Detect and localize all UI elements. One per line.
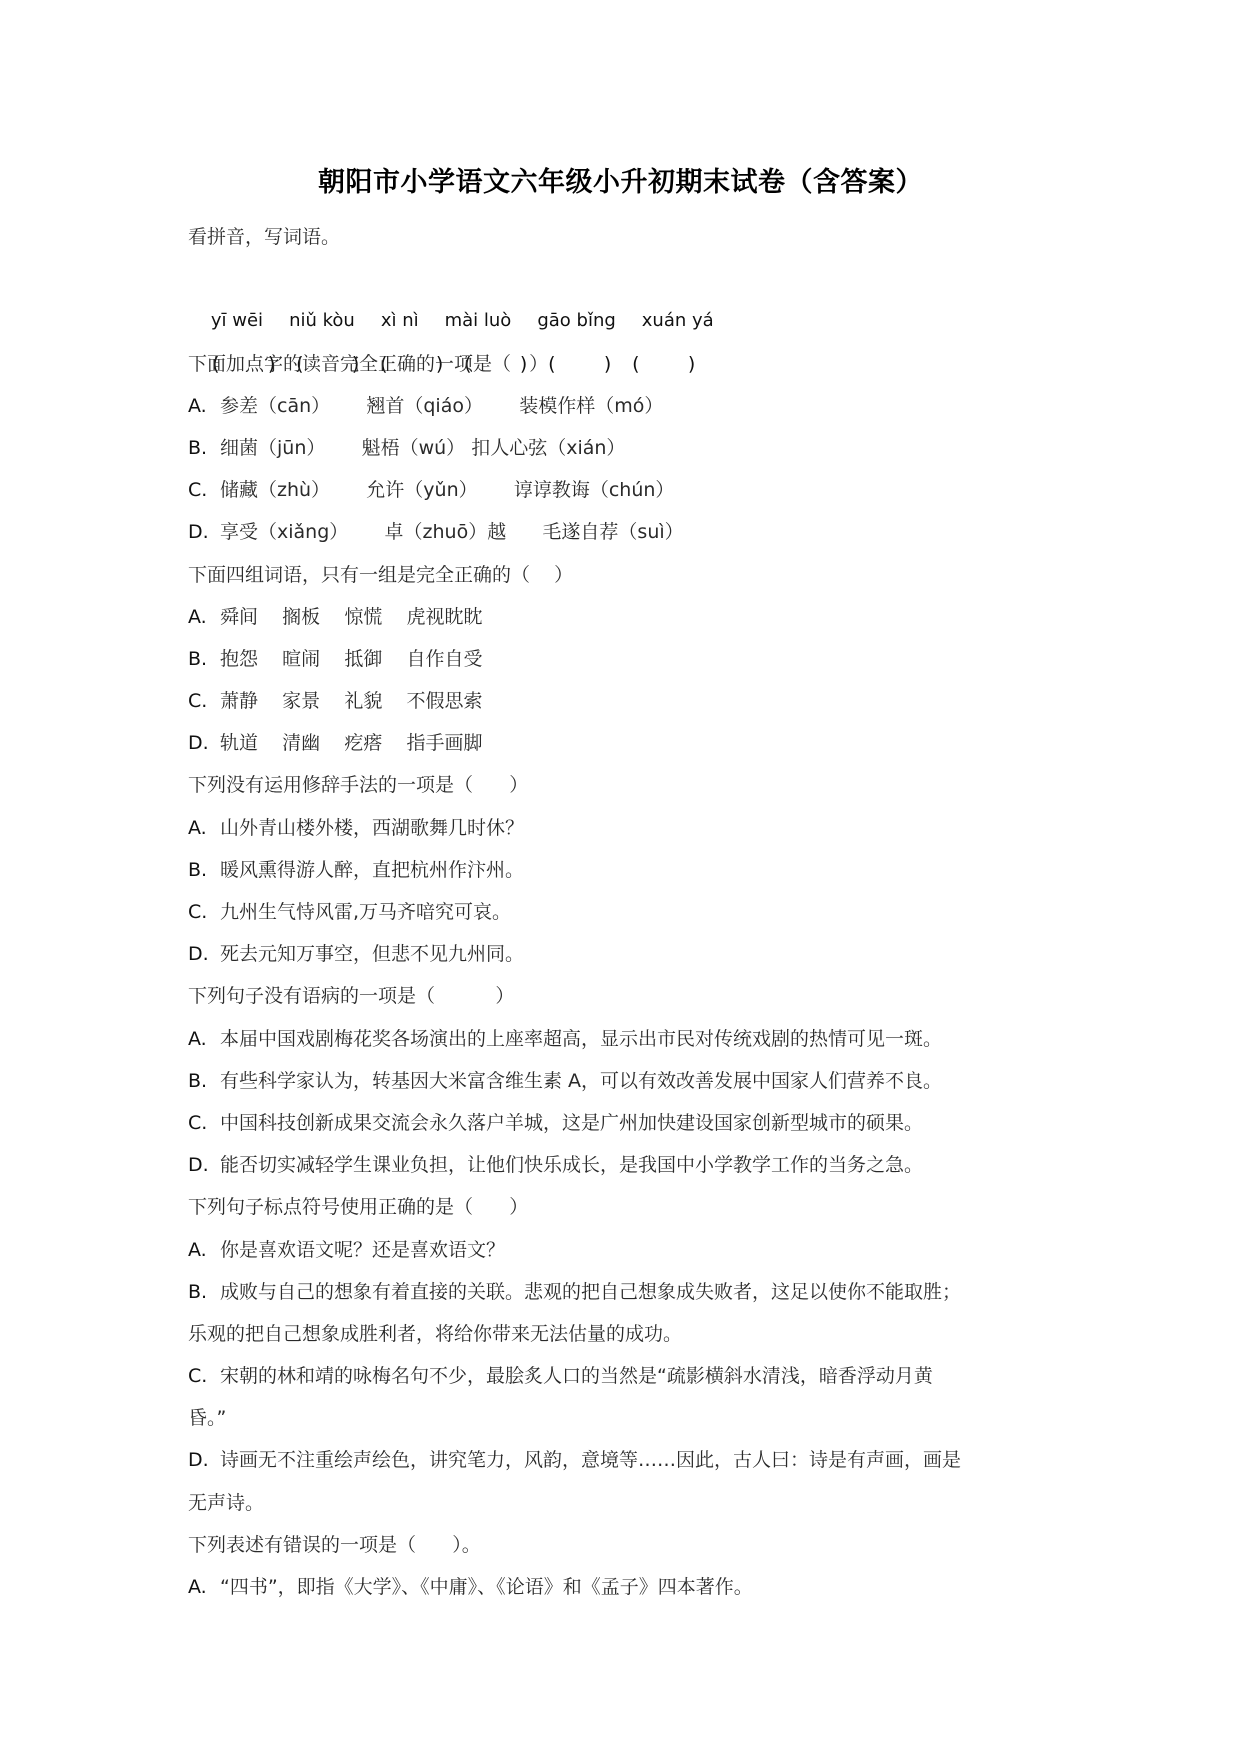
option-text: 诗画无不注重绘声绘色，讲究笔力，风韵，意境等……因此，古人曰：诗是有声画，画是 [220, 1449, 961, 1471]
option-a: A.参差（cān） 翘首（qiáo） 装模作样（mó） [188, 385, 1068, 427]
question-prompt: 下列句子没有语病的一项是（ ） [188, 975, 1068, 1017]
option-text: 舜间 搁板 惊慌 虎视眈眈 [220, 606, 482, 628]
option-b: B.有些科学家认为，转基因大米富含维生素 A，可以有效改善发展中国家人们营养不良… [188, 1060, 1068, 1102]
option-text: 死去元知万事空，但悲不见九州同。 [220, 943, 524, 965]
option-text: 九州生气恃风雷,万马齐喑究可哀。 [220, 901, 511, 923]
option-d: D.轨道 清幽 疙瘩 指手画脚 [188, 722, 1068, 764]
option-text: 山外青山楼外楼，西湖歌舞几时休？ [220, 817, 524, 839]
option-text: 参差（cān） 翘首（qiáo） 装模作样（mó） [220, 395, 663, 417]
option-b: B.抱怨 暄闹 抵御 自作自受 [188, 638, 1068, 680]
option-label: C. [188, 891, 220, 933]
pinyin-item: gāo bǐng [537, 300, 615, 342]
pinyin-item: niǔ kòu [289, 300, 355, 342]
option-b: B.成败与自己的想象有着直接的关联。悲观的把自己想象成失败者，这足以使你不能取胜… [188, 1271, 1068, 1313]
option-label: B. [188, 1271, 220, 1313]
option-text: 能否切实减轻学生课业负担，让他们快乐成长，是我国中小学教学工作的当务之急。 [220, 1154, 923, 1176]
question-prompt: 下列表述有错误的一项是（ ）。 [188, 1524, 1068, 1566]
option-label: B. [188, 427, 220, 469]
option-label: C. [188, 1355, 220, 1397]
option-label: D. [188, 1439, 220, 1481]
option-c-continued: 昏。” [188, 1397, 1068, 1439]
option-text: 宋朝的林和靖的咏梅名句不少，最脍炙人口的当然是“疏影横斜水清浅，暗香浮动月黄 [220, 1365, 933, 1387]
pinyin-item: yī wēi [211, 300, 263, 342]
option-label: D. [188, 1144, 220, 1186]
option-a: A.本届中国戏剧梅花奖各场演出的上座率超高，显示出市民对传统戏剧的热情可见一斑。 [188, 1018, 1068, 1060]
option-label: B. [188, 1060, 220, 1102]
option-label: D. [188, 511, 220, 553]
option-label: B. [188, 638, 220, 680]
answer-blank: ( ) [632, 343, 716, 385]
option-d-continued: 无声诗。 [188, 1482, 1068, 1524]
option-c: C.宋朝的林和靖的咏梅名句不少，最脍炙人口的当然是“疏影横斜水清浅，暗香浮动月黄 [188, 1355, 1068, 1397]
answer-blank: ( ) [548, 343, 632, 385]
option-b-continued: 乐观的把自己想象成胜利者，将给你带来无法估量的成功。 [188, 1313, 1068, 1355]
option-label: C. [188, 680, 220, 722]
option-text: “四书”，即指《大学》、《中庸》、《论语》和《孟子》四本著作。 [220, 1576, 753, 1598]
option-d: D.能否切实减轻学生课业负担，让他们快乐成长，是我国中小学教学工作的当务之急。 [188, 1144, 1068, 1186]
option-text: 享受（xiǎng） 卓（zhuō）越 毛遂自荐（suì） [220, 521, 684, 543]
question-prompt: 下列没有运用修辞手法的一项是（ ） [188, 764, 1068, 806]
option-text: 本届中国戏剧梅花奖各场演出的上座率超高，显示出市民对传统戏剧的热情可见一斑。 [220, 1028, 942, 1050]
question-prompt: 下列句子标点符号使用正确的是（ ） [188, 1186, 1068, 1228]
option-label: A. [188, 1018, 220, 1060]
option-label: A. [188, 1229, 220, 1271]
option-c: C.中国科技创新成果交流会永久落户羊城，这是广州加快建设国家创新型城市的硕果。 [188, 1102, 1068, 1144]
option-label: C. [188, 1102, 220, 1144]
option-c: C.九州生气恃风雷,万马齐喑究可哀。 [188, 891, 1068, 933]
document-body: 看拼音，写词语。 yī wēiniǔ kòuxì nìmài luògāo bǐ… [188, 216, 1068, 1608]
question-prompt: 下面四组词语，只有一组是完全正确的（ ） [188, 554, 1068, 596]
option-label: C. [188, 469, 220, 511]
option-d: D.死去元知万事空，但悲不见九州同。 [188, 933, 1068, 975]
option-text: 细菌（jūn） 魁梧（wú） 扣人心弦（xián） [220, 437, 625, 459]
option-label: A. [188, 1566, 220, 1608]
option-d: D.享受（xiǎng） 卓（zhuō）越 毛遂自荐（suì） [188, 511, 1068, 553]
option-text: 有些科学家认为，转基因大米富含维生素 A，可以有效改善发展中国家人们营养不良。 [220, 1070, 942, 1092]
option-a: A.舜间 搁板 惊慌 虎视眈眈 [188, 596, 1068, 638]
document-title: 朝阳市小学语文六年级小升初期末试卷（含答案） [0, 164, 1241, 202]
option-label: A. [188, 807, 220, 849]
option-label: A. [188, 596, 220, 638]
option-text: 抱怨 暄闹 抵御 自作自受 [220, 648, 482, 670]
pinyin-row: yī wēiniǔ kòuxì nìmài luògāo bǐngxuán yá [188, 258, 1068, 300]
option-b: B.细菌（jūn） 魁梧（wú） 扣人心弦（xián） [188, 427, 1068, 469]
option-text: 萧静 家景 礼貌 不假思索 [220, 690, 482, 712]
option-text: 成败与自己的想象有着直接的关联。悲观的把自己想象成失败者，这足以使你不能取胜； [220, 1281, 961, 1303]
option-text: 轨道 清幽 疙瘩 指手画脚 [220, 732, 482, 754]
option-text: 储藏（zhù） 允许（yǔn） 谆谆教诲（chún） [220, 479, 674, 501]
option-label: B. [188, 849, 220, 891]
question-prompt: 看拼音，写词语。 [188, 216, 1068, 258]
option-a: A.“四书”，即指《大学》、《中庸》、《论语》和《孟子》四本著作。 [188, 1566, 1068, 1608]
option-text: 你是喜欢语文呢？还是喜欢语文？ [220, 1239, 505, 1261]
option-b: B.暖风熏得游人醉，直把杭州作汴州。 [188, 849, 1068, 891]
option-d: D.诗画无不注重绘声绘色，讲究笔力，风韵，意境等……因此，古人曰：诗是有声画，画… [188, 1439, 1068, 1481]
option-label: D. [188, 722, 220, 764]
pinyin-item: xì nì [381, 300, 419, 342]
option-label: D. [188, 933, 220, 975]
pinyin-item: xuán yá [642, 300, 714, 342]
pinyin-item: mài luò [445, 300, 512, 342]
option-a: A.山外青山楼外楼，西湖歌舞几时休？ [188, 807, 1068, 849]
option-c: C.储藏（zhù） 允许（yǔn） 谆谆教诲（chún） [188, 469, 1068, 511]
option-c: C.萧静 家景 礼貌 不假思索 [188, 680, 1068, 722]
option-text: 中国科技创新成果交流会永久落户羊城，这是广州加快建设国家创新型城市的硕果。 [220, 1112, 923, 1134]
option-text: 暖风熏得游人醉，直把杭州作汴州。 [220, 859, 524, 881]
option-a: A.你是喜欢语文呢？还是喜欢语文？ [188, 1229, 1068, 1271]
option-label: A. [188, 385, 220, 427]
